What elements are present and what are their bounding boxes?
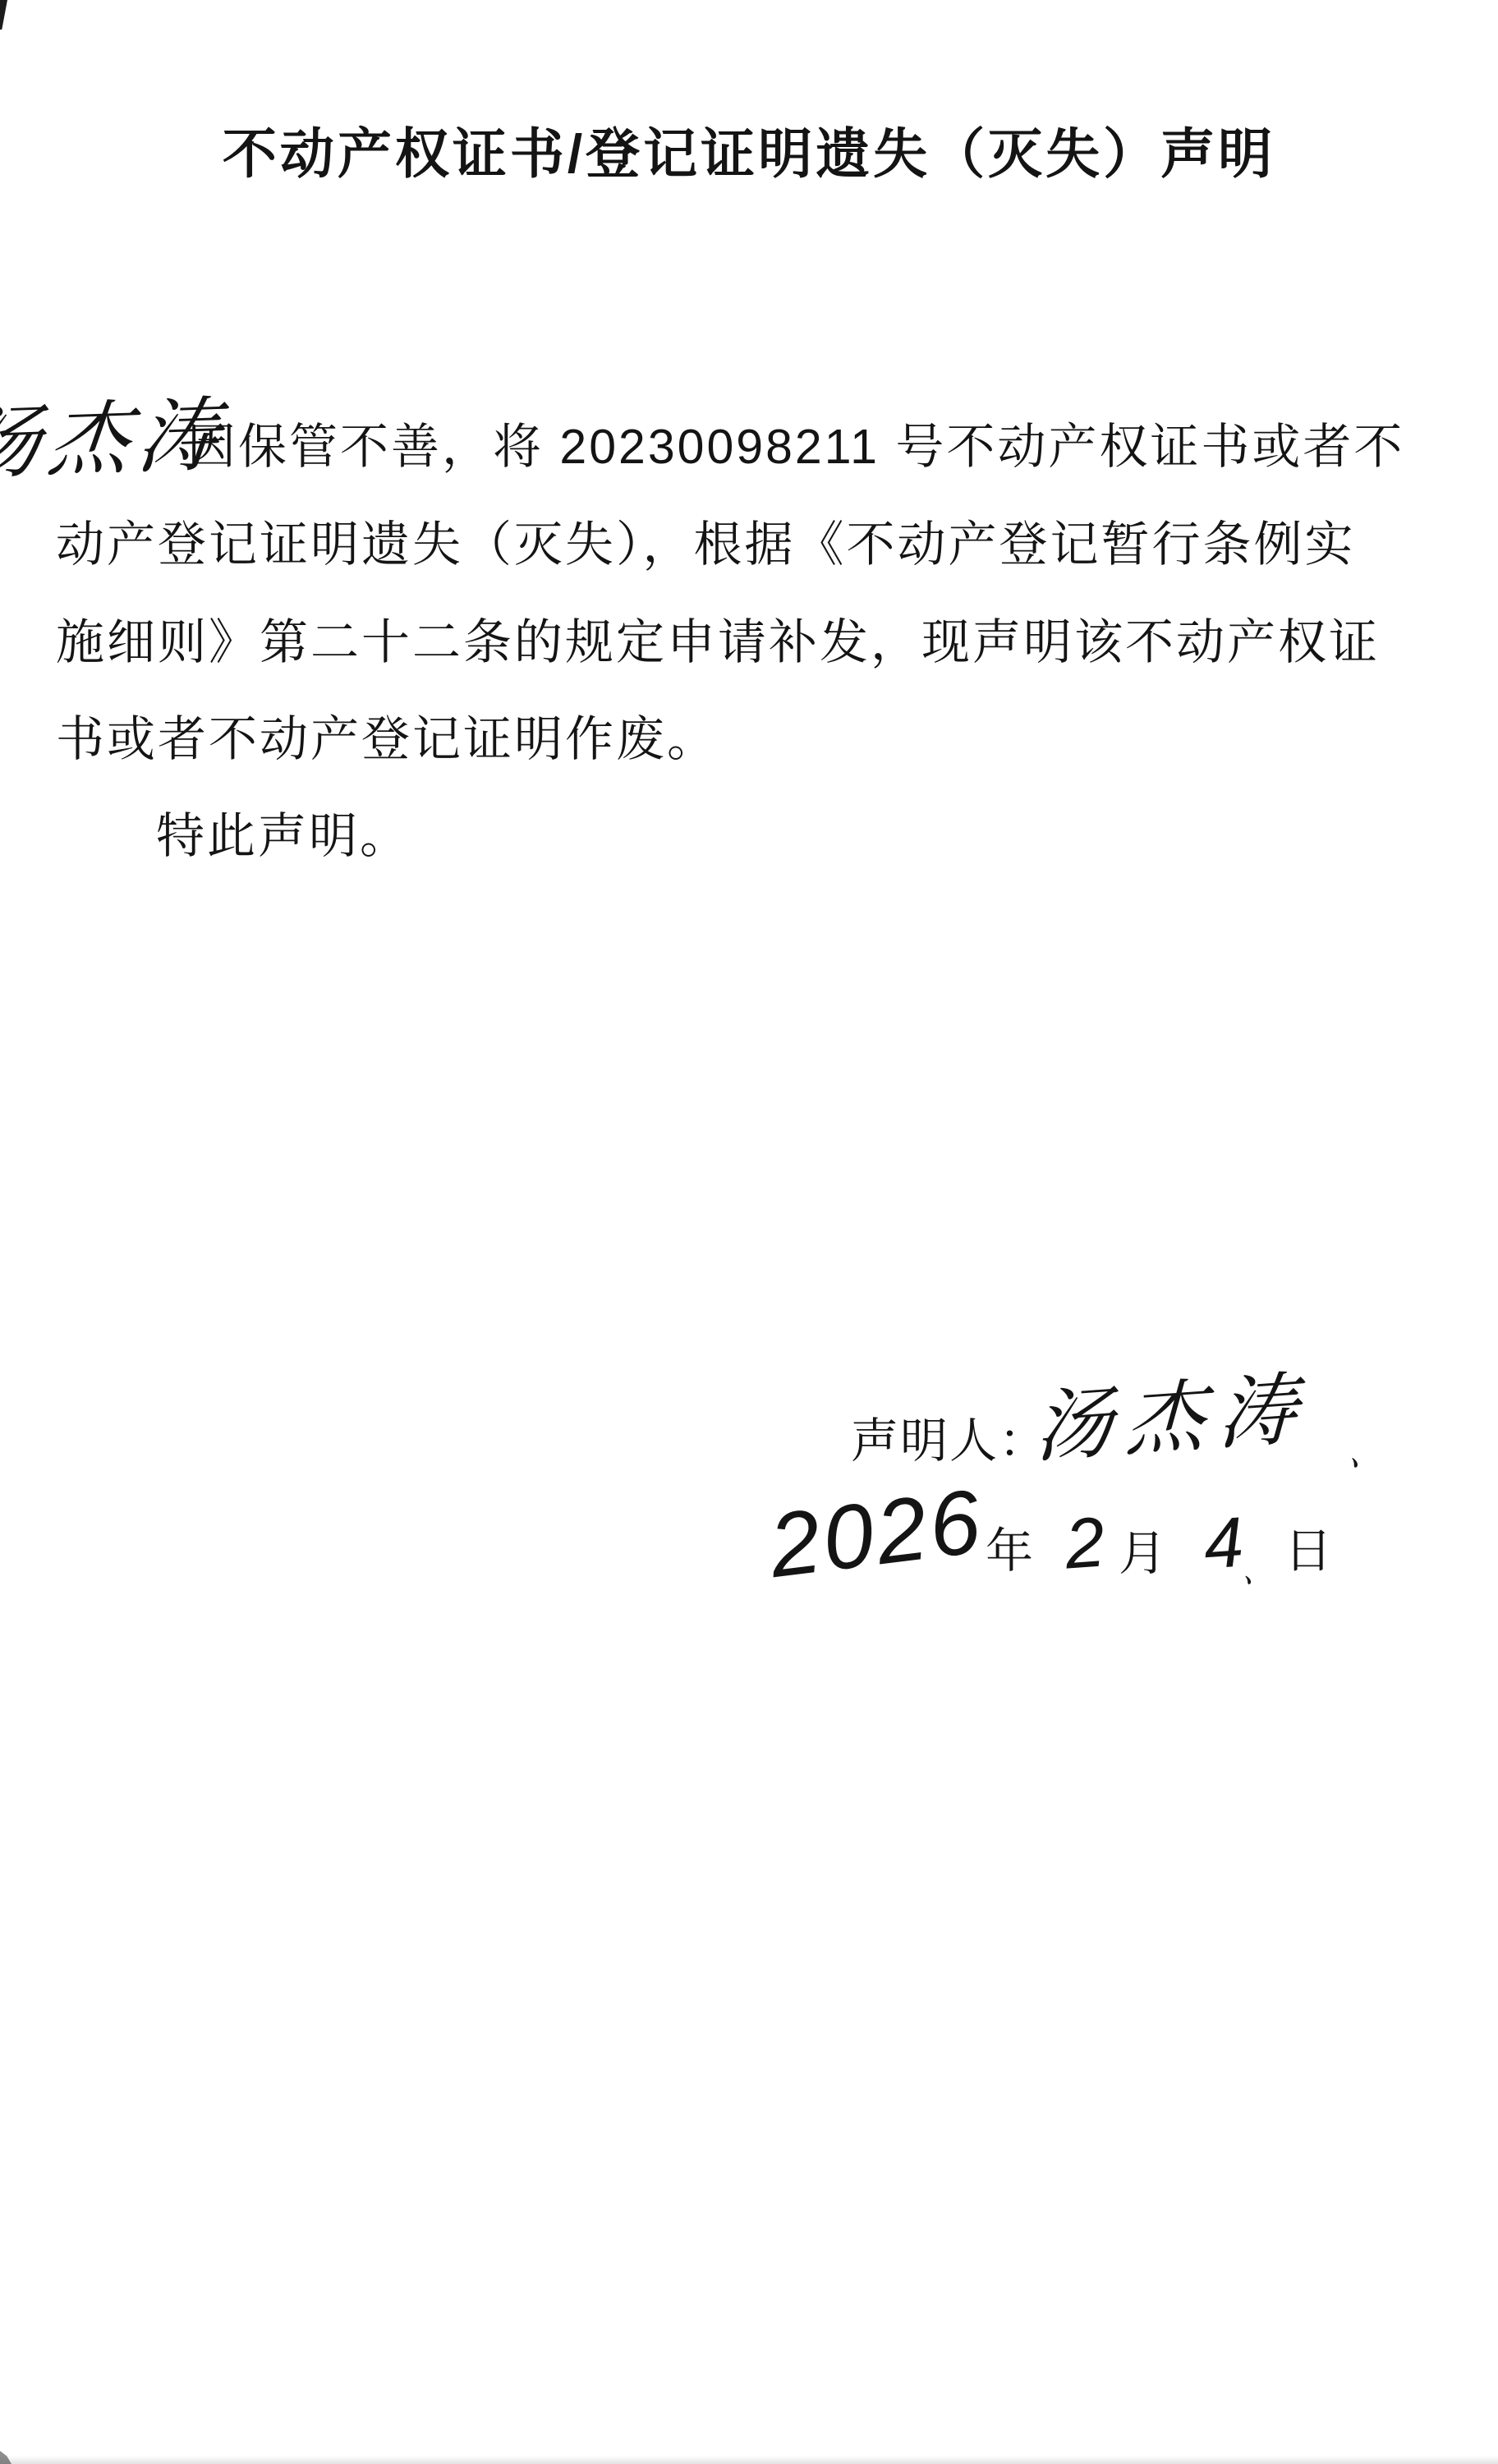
- scan-artifact-corner: [0, 0, 7, 30]
- handwritten-day: 4: [1202, 1501, 1247, 1585]
- day-unit-label: 日: [1284, 1512, 1332, 1581]
- closing-line: 特此声明。: [156, 797, 411, 867]
- handwritten-signature: 汤杰涛: [1032, 1346, 1312, 1478]
- document-page: 不动产权证书/登记证明遗失（灭失）声明 汤杰涛 因保管不善，将 20230098…: [0, 0, 1498, 2464]
- month-unit-label: 月: [1119, 1515, 1166, 1584]
- scan-artifact-bottom-edge: [0, 2456, 1498, 2464]
- body-line-1: 因保管不善，将 20230098211 号不动产权证书或者不: [187, 407, 1404, 477]
- declarant-label: 声明人：: [851, 1402, 1048, 1471]
- body-line-2: 动产登记证明遗失（灭失），根据《不动产登记暂行条例实: [56, 505, 1356, 575]
- day-pen-tick: 、: [1241, 1545, 1280, 1595]
- body-line-3: 施细则》第二十二条的规定申请补发，现声明该不动产权证: [56, 603, 1380, 673]
- handwritten-year: 2026: [764, 1469, 989, 1598]
- signature-pen-tick: 、: [1345, 1426, 1391, 1483]
- page-title: 不动产权证书/登记证明遗失（灭失）声明: [0, 110, 1498, 188]
- handwritten-month: 2: [1063, 1501, 1108, 1585]
- year-unit-label: 年: [986, 1512, 1033, 1581]
- body-line-4: 书或者不动产登记证明作废。: [56, 700, 718, 770]
